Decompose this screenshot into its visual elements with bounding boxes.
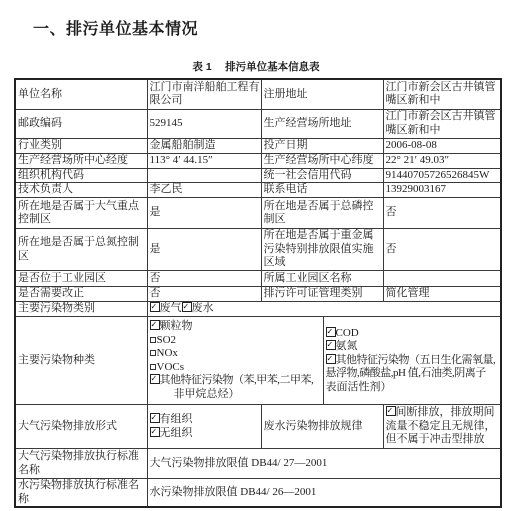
phone-label: 联系电话 <box>261 183 383 198</box>
checkbox-icon <box>150 364 156 370</box>
label-line: 控制区 <box>18 213 146 227</box>
option-label-continuation: 非甲烷总烃） <box>150 388 322 402</box>
row-pollutant-types: 主要污染物种类 颗粒物 SO2 NOx VOCs 其他特征污染物（苯,甲苯,二甲… <box>15 317 501 405</box>
table-caption: 表 1 排污单位基本信息表 <box>0 61 512 73</box>
label-line: 大气污染物排放执行标准 <box>18 450 146 464</box>
value-line: 限公司 <box>150 94 260 108</box>
checkbox-icon <box>150 302 160 312</box>
option-cod: COD <box>326 327 500 341</box>
heavy-metal-zone-value: 否 <box>383 229 501 271</box>
option-waste-water: 废水 <box>182 302 214 314</box>
label-line: 所在地是否属于重金属 <box>264 229 382 243</box>
option-label: SO2 <box>157 334 177 346</box>
water-standard-value: 水污染物排放限值 DB44/ 26—2001 <box>147 479 501 508</box>
row-industry: 行业类别 金属船舶制造 投产日期 2006-08-08 <box>15 138 501 153</box>
label-line: 水污染物排放执行标准名 <box>18 479 146 493</box>
org-code-label: 组织机构代码 <box>15 168 147 183</box>
nitrogen-zone-label: 所在地是否属于总氮控制 区 <box>15 229 147 271</box>
checkbox-icon <box>150 350 156 356</box>
site-address-value: 江门市新会区古井镇管 嘴区新和中 <box>383 109 501 138</box>
checkbox-icon <box>150 320 160 330</box>
option-waste-gas: 废气 <box>150 302 182 314</box>
park-name-label: 所属工业园区名称 <box>261 271 383 287</box>
nitrogen-zone-value: 是 <box>147 229 261 271</box>
option-label: 无组织 <box>160 427 193 439</box>
tech-lead-label: 技术负责人 <box>15 183 147 198</box>
water-standard-label: 水污染物排放执行标准名 称 <box>15 479 147 508</box>
unit-name-label: 单位名称 <box>15 79 147 109</box>
option-vocs: VOCs <box>150 361 322 375</box>
row-air-standard: 大气污染物排放执行标准 名称 大气污染物排放限值 DB44/ 27—2001 <box>15 449 501 479</box>
water-pollutants-cell: COD 氨氮 其他特征污染物（五日生化需氧量, 悬浮物,磷酸盐,pH 值,石油类… <box>323 317 501 405</box>
option-other-water-pollutants: 其他特征污染物（五日生化需氧量, <box>326 354 500 368</box>
latitude-value: 22° 21′ 49.03″ <box>383 153 501 168</box>
wastewater-pattern-value: 间断排放，排放期间 流量不稳定且无规律， 但不属于冲击型排放 <box>383 405 501 449</box>
registered-address-value: 江门市新会区古井镇管 嘴区新和中 <box>383 79 501 109</box>
section-heading: 一、排污单位基本情况 <box>33 21 198 39</box>
option-label-continuation: 悬浮物,磷酸盐,pH 值,石油类,阴离子 <box>326 367 500 381</box>
wastewater-pattern-label: 废水污染物排放规律 <box>261 405 383 449</box>
industry-label: 行业类别 <box>15 138 147 153</box>
row-coordinates: 生产经营场所中心经度 113° 4′ 44.15″ 生产经营场所中心纬度 22°… <box>15 153 501 168</box>
start-date-value: 2006-08-08 <box>383 138 501 153</box>
option-unorganized: 无组织 <box>150 427 260 441</box>
option-label: 间断排放，排放期间 <box>396 406 495 418</box>
option-label: 氨氮 <box>336 340 358 352</box>
option-label-continuation: 但不属于冲击型排放 <box>386 433 500 447</box>
air-key-zone-value: 是 <box>147 198 261 229</box>
credit-code-value: 91440705726526845W <box>383 168 501 183</box>
option-label: 其他特征污染物（苯,甲苯,二甲苯, <box>160 374 314 386</box>
rectification-value: 否 <box>147 287 261 302</box>
permit-category-value: 简化管理 <box>383 287 501 302</box>
industrial-park-value: 否 <box>147 271 261 287</box>
option-organized: 有组织 <box>150 413 260 427</box>
label-line: 制区 <box>264 213 382 227</box>
label-line: 所在地是否属于大气重点 <box>18 200 146 214</box>
option-label: 废气 <box>160 302 182 314</box>
value-line: 江门市新会区古井镇管 <box>386 110 500 124</box>
row-emission-form: 大气污染物排放形式 有组织 无组织 废水污染物排放规律 间断排放，排放期间 流量… <box>15 405 501 449</box>
site-address-label: 生产经营场所地址 <box>261 109 383 138</box>
start-date-label: 投产日期 <box>261 138 383 153</box>
basic-info-table: 单位名称 江门市南洋船舶工程有 限公司 注册地址 江门市新会区古井镇管 嘴区新和… <box>14 78 502 508</box>
value-line: 嘴区新和中 <box>386 124 500 138</box>
registered-address-label: 注册地址 <box>261 79 383 109</box>
air-standard-value: 大气污染物排放限值 DB44/ 27—2001 <box>147 449 501 479</box>
label-line: 区域 <box>264 256 382 270</box>
row-water-standard: 水污染物排放执行标准名 称 水污染物排放限值 DB44/ 26—2001 <box>15 479 501 508</box>
phosphorus-zone-value: 否 <box>383 198 501 229</box>
row-tech-lead: 技术负责人 李乙民 联系电话 13929003167 <box>15 183 501 198</box>
air-key-zone-label: 所在地是否属于大气重点 控制区 <box>15 198 147 229</box>
longitude-value: 113° 4′ 44.15″ <box>147 153 261 168</box>
checkbox-icon <box>326 354 336 364</box>
row-rectification: 是否需要改正 否 排污许可证管理类别 简化管理 <box>15 287 501 302</box>
option-label: 颗粒物 <box>160 320 193 332</box>
row-org-code: 组织机构代码 统一社会信用代码 91440705726526845W <box>15 168 501 183</box>
rectification-label: 是否需要改正 <box>15 287 147 302</box>
checkbox-icon <box>326 340 336 350</box>
unit-name-value: 江门市南洋船舶工程有 限公司 <box>147 79 261 109</box>
row-air-key-zone: 所在地是否属于大气重点 控制区 是 所在地是否属于总磷控 制区 否 <box>15 198 501 229</box>
air-emission-form-options: 有组织 无组织 <box>147 405 261 449</box>
park-name-value <box>383 271 501 287</box>
label-line: 区 <box>18 250 146 264</box>
label-line: 污染特别排放限值实施 <box>264 243 382 257</box>
industry-value: 金属船舶制造 <box>147 138 261 153</box>
option-label-continuation: 流量不稳定且无规律， <box>386 420 500 434</box>
label-line: 称 <box>18 493 146 507</box>
document-page: 一、排污单位基本情况 表 1 排污单位基本信息表 单位名称 江门市南洋船舶工程有… <box>0 0 520 511</box>
pollutant-category-label: 主要污染物类别 <box>15 302 147 317</box>
air-standard-label: 大气污染物排放执行标准 名称 <box>15 449 147 479</box>
postal-code-value: 529145 <box>147 109 261 138</box>
value-line: 江门市新会区古井镇管 <box>386 81 500 95</box>
checkbox-icon <box>182 302 192 312</box>
row-industrial-park: 是否位于工业园区 否 所属工业园区名称 <box>15 271 501 287</box>
latitude-label: 生产经营场所中心纬度 <box>261 153 383 168</box>
option-label: VOCs <box>157 361 185 373</box>
option-label: COD <box>336 327 359 339</box>
heavy-metal-zone-label: 所在地是否属于重金属 污染特别排放限值实施 区域 <box>261 229 383 271</box>
pollutant-types-label: 主要污染物种类 <box>15 317 147 405</box>
phosphorus-zone-label: 所在地是否属于总磷控 制区 <box>261 198 383 229</box>
air-emission-form-label: 大气污染物排放形式 <box>15 405 147 449</box>
option-other-air-pollutants: 其他特征污染物（苯,甲苯,二甲苯, <box>150 374 322 388</box>
label-line: 所在地是否属于总氮控制 <box>18 236 146 250</box>
value-line: 江门市南洋船舶工程有 <box>150 81 260 95</box>
option-label: 其他特征污染物（五日生化需氧量, <box>336 354 496 366</box>
option-intermittent-discharge: 间断排放，排放期间 <box>386 406 500 420</box>
credit-code-label: 统一社会信用代码 <box>261 168 383 183</box>
checkbox-icon <box>386 406 396 416</box>
option-so2: SO2 <box>150 334 322 348</box>
tech-lead-value: 李乙民 <box>147 183 261 198</box>
option-particulate: 颗粒物 <box>150 320 322 334</box>
label-line: 名称 <box>18 464 146 478</box>
industrial-park-label: 是否位于工业园区 <box>15 271 147 287</box>
value-line: 嘴区新和中 <box>386 94 500 108</box>
phone-value: 13929003167 <box>383 183 501 198</box>
row-unit-name: 单位名称 江门市南洋船舶工程有 限公司 注册地址 江门市新会区古井镇管 嘴区新和… <box>15 79 501 109</box>
option-label: NOx <box>157 347 178 359</box>
longitude-label: 生产经营场所中心经度 <box>15 153 147 168</box>
option-label: 废水 <box>192 302 214 314</box>
option-label-continuation: 表面活性剂） <box>326 381 500 395</box>
pollutant-category-options: 废气废水 <box>147 302 501 317</box>
org-code-value <box>147 168 261 183</box>
checkbox-icon <box>150 427 160 437</box>
air-pollutants-cell: 颗粒物 SO2 NOx VOCs 其他特征污染物（苯,甲苯,二甲苯, 非甲烷总烃… <box>147 317 323 405</box>
option-label: 有组织 <box>160 413 193 425</box>
row-postal-code: 邮政编码 529145 生产经营场所地址 江门市新会区古井镇管 嘴区新和中 <box>15 109 501 138</box>
option-ammonia-nitrogen: 氨氮 <box>326 340 500 354</box>
label-line: 所在地是否属于总磷控 <box>264 200 382 214</box>
postal-code-label: 邮政编码 <box>15 109 147 138</box>
checkbox-icon <box>150 374 160 384</box>
row-pollutant-category: 主要污染物类别 废气废水 <box>15 302 501 317</box>
option-nox: NOx <box>150 347 322 361</box>
permit-category-label: 排污许可证管理类别 <box>261 287 383 302</box>
checkbox-icon <box>326 327 336 337</box>
checkbox-icon <box>150 413 160 423</box>
row-nitrogen-zone: 所在地是否属于总氮控制 区 是 所在地是否属于重金属 污染特别排放限值实施 区域… <box>15 229 501 271</box>
checkbox-icon <box>150 337 156 343</box>
